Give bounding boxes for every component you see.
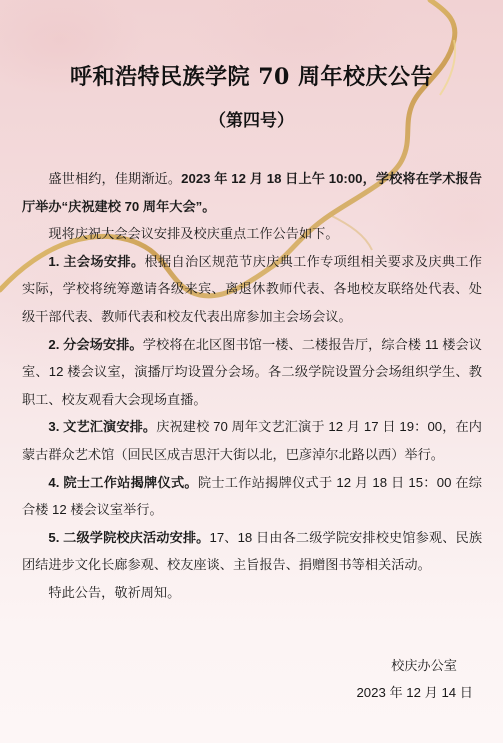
signature-office: 校庆办公室 <box>391 655 457 674</box>
item-performance: 3. 文艺汇演安排。庆祝建校 70 周年文艺汇演于 12 月 17 日 19：0… <box>22 413 482 468</box>
item-main-venue: 1. 主会场安排。根据自治区规范节庆庆典工作专项组相关要求及庆典工作实际，学校将… <box>22 248 482 331</box>
item-heading: 3. 文艺汇演安排。 <box>48 419 156 434</box>
intro-paragraph: 盛世相约，佳期渐近。2023 年 12 月 18 日上午 10:00，学校将在学… <box>22 165 482 220</box>
item-heading: 1. 主会场安排。 <box>48 254 144 269</box>
item-workstation-unveiling: 4. 院士工作站揭牌仪式。院士工作站揭牌仪式于 12 月 18 日 15：00 … <box>22 469 482 524</box>
document-subtitle: （第四号） <box>0 106 503 131</box>
announcement-document: 呼和浩特民族学院 70 周年校庆公告 （第四号） 盛世相约，佳期渐近。2023 … <box>0 0 503 743</box>
document-body: 盛世相约，佳期渐近。2023 年 12 月 18 日上午 10:00，学校将在学… <box>22 165 482 607</box>
item-sub-venue: 2. 分会场安排。学校将在北区图书馆一楼、二楼报告厅，综合楼 11 楼会议室、1… <box>22 331 482 414</box>
item-heading: 5. 二级学院校庆活动安排。 <box>48 530 209 545</box>
signature-date: 2023 年 12 月 14 日 <box>356 682 473 701</box>
item-heading: 4. 院士工作站揭牌仪式。 <box>48 475 198 490</box>
lead-paragraph: 现将庆祝大会会议安排及校庆重点工作公告如下。 <box>22 220 482 248</box>
document-title: 呼和浩特民族学院 70 周年校庆公告 <box>0 60 503 91</box>
item-heading: 2. 分会场安排。 <box>48 337 142 352</box>
intro-plain-text: 盛世相约，佳期渐近。 <box>48 171 181 186</box>
item-college-activities: 5. 二级学院校庆活动安排。17、18 日由各二级学院安排校史馆参观、民族团结进… <box>22 524 482 579</box>
closing-paragraph: 特此公告，敬祈周知。 <box>22 579 482 607</box>
